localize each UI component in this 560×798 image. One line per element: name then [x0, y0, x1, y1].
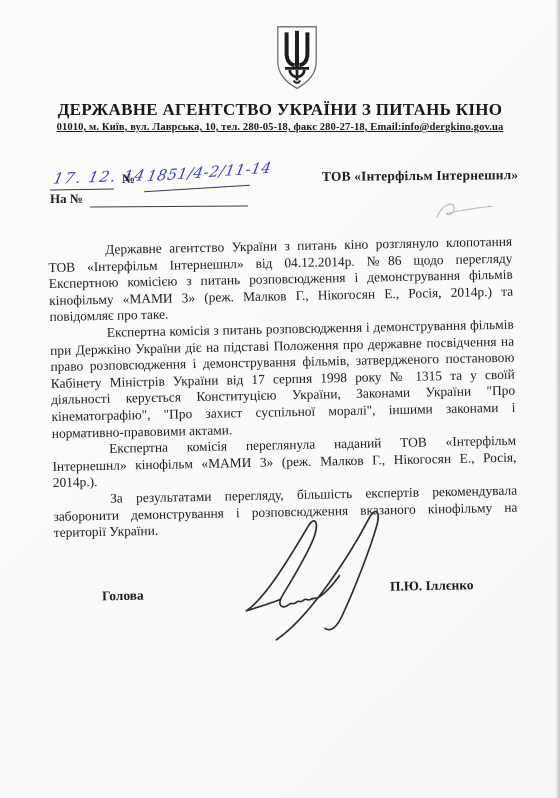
body-paragraph-2: Експертна комісія з питань розповсюдженн…: [50, 317, 516, 442]
ukraine-trident-emblem-icon: [273, 20, 321, 96]
letter-body: Державне агентство України з питань кіно…: [48, 234, 518, 542]
agency-name-heading: ДЕРЖАВНЕ АГЕНТСТВО УКРАЇНИ З ПИТАНЬ КІНО: [0, 100, 560, 120]
handwritten-signature: [238, 497, 416, 647]
pencil-scribble-mark: [430, 197, 498, 225]
scan-edge-shadow: [555, 0, 560, 798]
scanned-letter-page: ДЕРЖАВНЕ АГЕНТСТВО УКРАЇНИ З ПИТАНЬ КІНО…: [0, 0, 560, 798]
signer-name: П.Ю. Іллєнко: [390, 577, 474, 594]
reply-to-number-label: На №: [50, 191, 83, 207]
handwritten-outgoing-number: 1851/4-2/11-14: [145, 159, 273, 186]
number-sign-label: №: [122, 171, 135, 187]
signer-position-title: Голова: [102, 588, 144, 605]
agency-address-line: 01010, м. Київ, вул. Лаврська, 10, тел. …: [0, 122, 560, 133]
recipient-name: ТОВ «Інтерфільм Інтернешнл»: [322, 167, 518, 185]
reply-number-underline: [90, 205, 248, 207]
number-underline: [144, 185, 250, 193]
body-paragraph-1: Державне агентство України з питань кіно…: [48, 234, 514, 326]
